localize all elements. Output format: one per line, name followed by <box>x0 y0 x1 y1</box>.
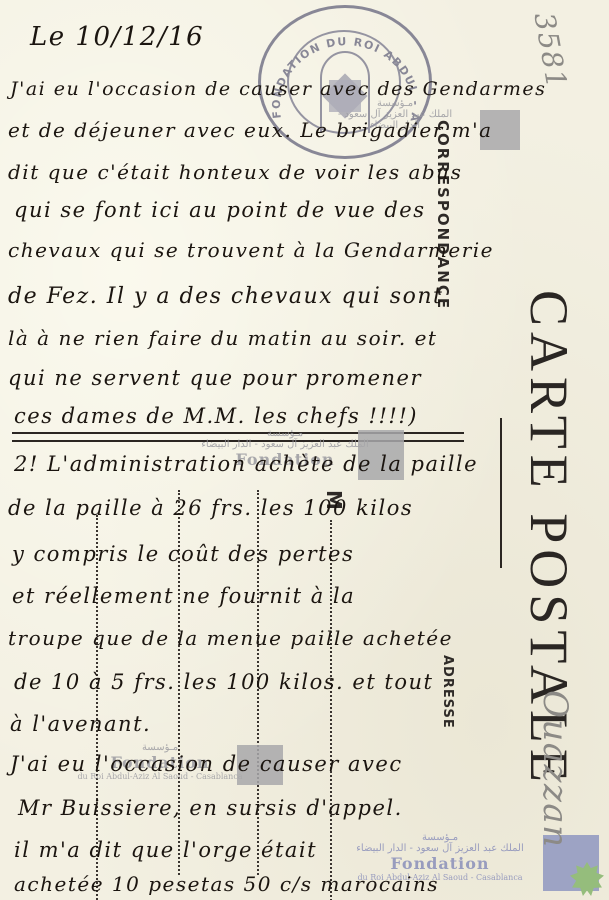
pencil-annotation: Ouazzan <box>535 690 575 849</box>
letter-line: chevaux qui se trouvent à la Gendarmerie <box>8 238 494 262</box>
watermark-name: Fondation <box>340 854 540 873</box>
letter-line: Mr Buissiere, en sursis d'appel. <box>18 796 403 820</box>
watermark-arabic: مـؤسسة <box>340 832 540 843</box>
letter-line: ces dames de M.M. les chefs !!!!) <box>14 404 418 428</box>
letter-line: de la paille à 26 frs. les 100 kilos <box>8 496 413 520</box>
letter-line: qui se font ici au point de vue des <box>14 198 426 222</box>
letter-line: y compris le coût des pertes <box>12 542 354 566</box>
letter-date: Le 10/12/16 <box>30 22 204 52</box>
adresse-label: ADRESSE <box>440 655 455 729</box>
correspondance-label: CORRESPONDANCE <box>434 120 452 310</box>
letter-line: à l'avenant. <box>10 712 151 736</box>
letter-line: de Fez. Il y a des chevaux qui sont <box>8 284 443 309</box>
letter-line: 2! L'administration achète de la paille <box>14 452 478 476</box>
watermark-arabic-sub: الملك عبد العزيز آل سعود - الدار البيضاء <box>340 843 540 854</box>
letter-line: de 10 à 5 frs. les 100 kilos. et tout <box>14 670 433 694</box>
letter-line: J'ai eu l'occasion de causer avec des Ge… <box>10 78 546 100</box>
letter-line: et réellement ne fournit à la <box>12 584 355 608</box>
watermark-arabic-sub: الملك عبد العزيز آل سعود - الدار البيضاء <box>200 439 370 450</box>
letter-line: et de déjeuner avec eux. Le brigadier m'… <box>8 118 493 142</box>
address-dotted-line <box>330 520 332 900</box>
watermark-arabic: مـؤسسة <box>200 428 370 439</box>
letter-line: qui ne servent que pour promener <box>8 366 422 390</box>
vertical-rule <box>500 418 502 568</box>
letter-line: troupe que de la menue paille achetée <box>8 626 453 650</box>
letter-line: il m'a dit que l'orge était <box>14 838 317 862</box>
letter-line: J'ai eu l'occasion de causer avec <box>10 752 403 776</box>
letter-line: là à ne rien faire du matin au soir. et <box>8 326 437 350</box>
letter-line: dit que c'était honteux de voir les abus <box>8 160 462 184</box>
letter-line: achetée 10 pesetas 50 c/s marocains <box>14 872 439 896</box>
postcard-back: FONDATION DU ROI ABDUL - AZIZ AL SAOUD 3… <box>0 0 609 900</box>
